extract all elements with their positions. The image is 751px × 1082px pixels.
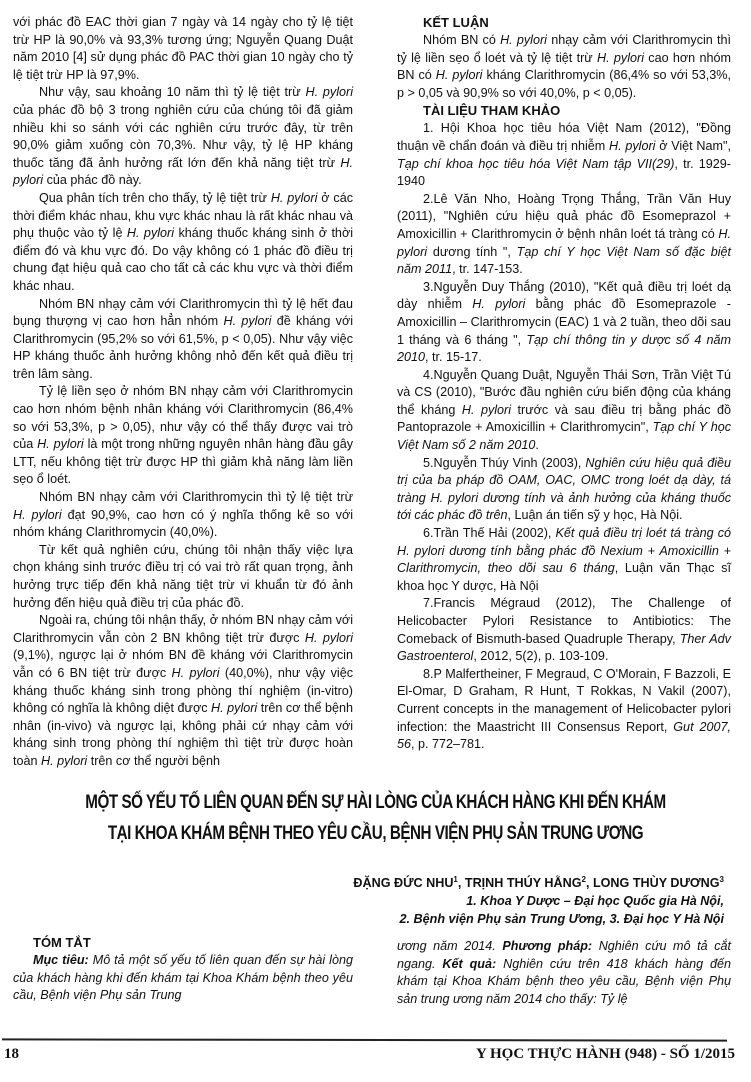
paragraph: với phác đồ EAC thời gian 7 ngày và 14 n…: [13, 14, 353, 84]
paragraph: Từ kết quả nghiên cứu, chúng tôi nhận th…: [13, 542, 353, 612]
reference-item: 6.Trần Thế Hải (2002), Kết quả điều trị …: [397, 525, 731, 595]
reference-item: 2.Lê Văn Nho, Hoàng Trọng Thắng, Trần Vă…: [397, 191, 731, 279]
paragraph: Nhóm BN nhạy cảm với Clarithromycin thì …: [13, 296, 353, 384]
author-block: ĐẶNG ĐỨC NHU1, TRỊNH THÚY HẰNG2, LONG TH…: [353, 871, 724, 928]
paragraph: Như vậy, sau khoảng 10 năm thì tỷ lệ tiệ…: [13, 84, 353, 190]
conclusion-paragraph: Nhóm BN có H. pylori nhạy cảm với Clarit…: [397, 32, 731, 102]
paragraph: Qua phân tích trên cho thấy, tỷ lệ tiệt …: [13, 190, 353, 296]
abstract-heading: TÓM TẮT: [13, 934, 353, 952]
journal-footer: Y HỌC THỰC HÀNH (948) - SỐ 1/2015: [476, 1046, 735, 1063]
reference-item: 4.Nguyễn Quang Duật, Nguyễn Thái Sơn, Tr…: [397, 367, 731, 455]
abstract-continuation: ương năm 2014. Phương pháp: Nghiên cứu m…: [397, 938, 731, 1008]
affiliation-line: 1. Khoa Y Dược – Đại học Quốc gia Hà Nội…: [353, 892, 724, 910]
left-column: với phác đồ EAC thời gian 7 ngày và 14 n…: [13, 14, 353, 771]
abstract-right: ương năm 2014. Phương pháp: Nghiên cứu m…: [397, 938, 731, 1008]
reference-item: 3.Nguyễn Duy Thắng (2010), "Kết quả điều…: [397, 279, 731, 367]
reference-item: 8.P Malfertheiner, F Megraud, C O'Morain…: [397, 666, 731, 754]
paragraph: Tỷ lệ liền sẹo ở nhóm BN nhạy cảm với Cl…: [13, 383, 353, 489]
footer-divider: [2, 1038, 727, 1041]
affiliation-line: 2. Bệnh viện Phụ sản Trung Ương, 3. Đại …: [353, 910, 724, 928]
right-column: KẾT LUẬN Nhóm BN có H. pylori nhạy cảm v…: [397, 14, 731, 754]
references-heading: TÀI LIỆU THAM KHẢO: [397, 102, 731, 120]
paragraph: Ngoài ra, chúng tôi nhận thấy, ở nhóm BN…: [13, 612, 353, 770]
reference-item: 5.Nguyễn Thúy Vinh (2003), Nghiên cứu hi…: [397, 455, 731, 525]
article-title-line-2: TẠI KHOA KHÁM BỆNH THEO YÊU CẦU, BỆNH VI…: [83, 818, 669, 849]
abstract-objective: Mục tiêu: Mô tả một số yếu tố liên quan …: [13, 952, 353, 1005]
reference-item: 1. Hội Khoa học tiêu hóa Việt Nam (2012)…: [397, 120, 731, 190]
abstract-left: TÓM TẮT Mục tiêu: Mô tả một số yếu tố li…: [13, 934, 353, 1005]
conclusion-heading: KẾT LUẬN: [397, 14, 731, 32]
article-title: MỘT SỐ YẾU TỐ LIÊN QUAN ĐẾN SỰ HÀI LÒNG …: [0, 787, 751, 849]
reference-item: 7.Francis Mégraud (2012), The Challenge …: [397, 595, 731, 665]
article-title-line-1: MỘT SỐ YẾU TỐ LIÊN QUAN ĐẾN SỰ HÀI LÒNG …: [83, 787, 669, 818]
paragraph: Nhóm BN nhạy cảm với Clarithromycin thì …: [13, 489, 353, 542]
author-names: ĐẶNG ĐỨC NHU1, TRỊNH THÚY HẰNG2, LONG TH…: [353, 871, 724, 892]
page-number: 18: [4, 1046, 19, 1063]
